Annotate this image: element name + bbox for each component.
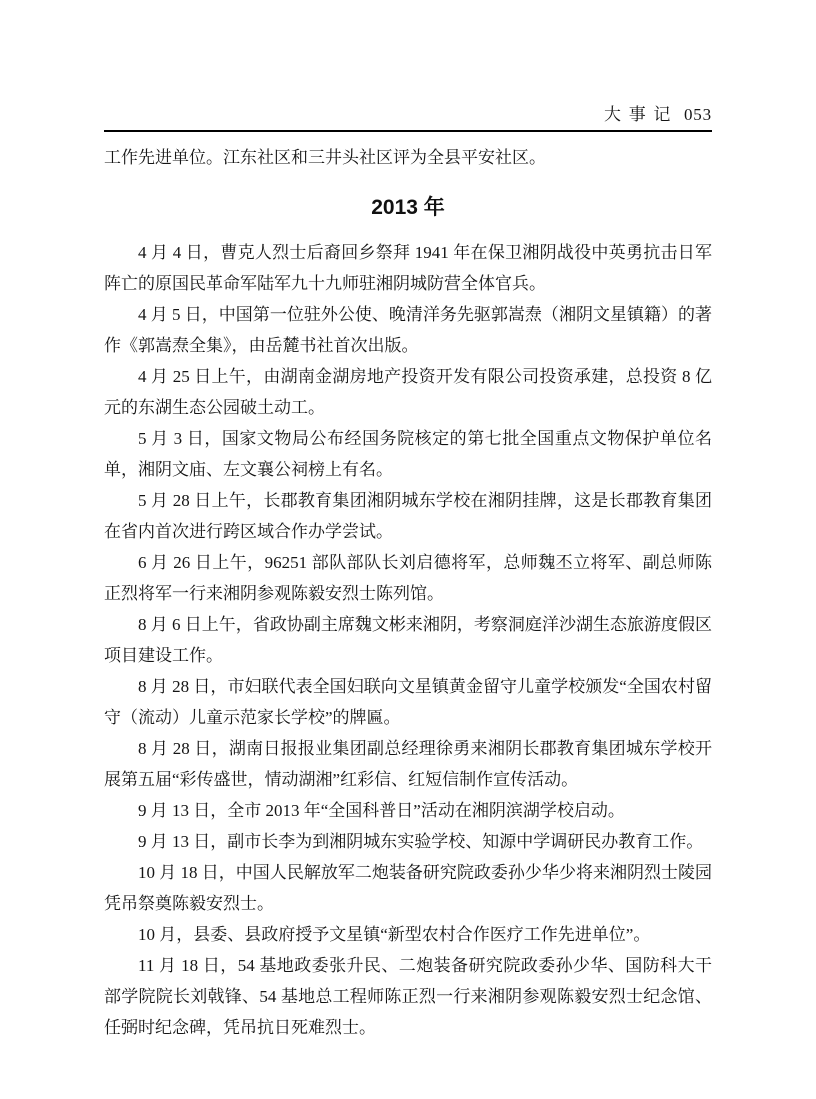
entry-date: 11 月 18 日， bbox=[138, 956, 238, 975]
header-title: 大事记 bbox=[604, 105, 678, 124]
chronicle-entry: 6 月 26 日上午，96251 部队部队长刘启德将军，总师魏丕立将军、副总师陈… bbox=[104, 547, 712, 609]
entry-date: 9 月 13 日， bbox=[138, 801, 227, 820]
intro-paragraph: 工作先进单位。江东社区和三井头社区评为全县平安社区。 bbox=[104, 142, 712, 173]
book-page: 大事记053 工作先进单位。江东社区和三井头社区评为全县平安社区。 2013 年… bbox=[104, 0, 712, 1043]
chronicle-entry: 4 月 25 日上午，由湖南金湖房地产投资开发有限公司投资承建，总投资 8 亿元… bbox=[104, 361, 712, 423]
entry-date: 10 月， bbox=[138, 925, 193, 944]
chronicle-entry: 4 月 4 日，曹克人烈士后裔回乡祭拜 1941 年在保卫湘阴战役中英勇抗击日军… bbox=[104, 237, 712, 299]
chronicle-entry: 8 月 28 日，市妇联代表全国妇联向文星镇黄金留守儿童学校颁发“全国农村留守（… bbox=[104, 671, 712, 733]
entry-date: 5 月 3 日， bbox=[138, 429, 222, 448]
chronicle-entry: 5 月 3 日，国家文物局公布经国务院核定的第七批全国重点文物保护单位名单，湘阴… bbox=[104, 423, 712, 485]
chronicle-entry: 4 月 5 日，中国第一位驻外公使、晚清洋务先驱郭嵩焘（湘阴文星镇籍）的著作《郭… bbox=[104, 299, 712, 361]
chronicle-entries: 4 月 4 日，曹克人烈士后裔回乡祭拜 1941 年在保卫湘阴战役中英勇抗击日军… bbox=[104, 237, 712, 1043]
entry-date: 8 月 28 日， bbox=[138, 677, 227, 696]
chronicle-entry: 8 月 28 日，湖南日报报业集团副总经理徐勇来湘阴长郡教育集团城东学校开展第五… bbox=[104, 733, 712, 795]
section-title-year: 2013 年 bbox=[104, 194, 712, 221]
running-header: 大事记053 bbox=[104, 104, 712, 132]
entry-date: 5 月 28 日上午， bbox=[138, 491, 263, 510]
chronicle-entry: 9 月 13 日，全市 2013 年“全国科普日”活动在湘阴滨湖学校启动。 bbox=[104, 795, 712, 826]
entry-text: 县委、县政府授予文星镇“新型农村合作医疗工作先进单位”。 bbox=[193, 925, 650, 944]
entry-text: 全市 2013 年“全国科普日”活动在湘阴滨湖学校启动。 bbox=[227, 801, 625, 820]
chronicle-entry: 11 月 18 日，54 基地政委张升民、二炮装备研究院政委孙少华、国防科大干部… bbox=[104, 950, 712, 1043]
chronicle-entry: 5 月 28 日上午，长郡教育集团湘阴城东学校在湘阴挂牌，这是长郡教育集团在省内… bbox=[104, 485, 712, 547]
chronicle-entry: 10 月，县委、县政府授予文星镇“新型农村合作医疗工作先进单位”。 bbox=[104, 919, 712, 950]
page-number: 053 bbox=[684, 105, 712, 124]
entry-date: 6 月 26 日上午， bbox=[138, 553, 265, 572]
chronicle-entry: 10 月 18 日，中国人民解放军二炮装备研究院政委孙少华少将来湘阴烈士陵园凭吊… bbox=[104, 857, 712, 919]
entry-date: 8 月 28 日， bbox=[138, 739, 229, 758]
entry-date: 8 月 6 日上午， bbox=[138, 615, 253, 634]
entry-date: 4 月 25 日上午， bbox=[138, 367, 263, 386]
entry-text: 副市长李为到湘阴城东实验学校、知源中学调研民办教育工作。 bbox=[227, 832, 703, 851]
entry-date: 4 月 4 日， bbox=[138, 243, 220, 262]
entry-date: 10 月 18 日， bbox=[138, 863, 236, 882]
chronicle-entry: 9 月 13 日，副市长李为到湘阴城东实验学校、知源中学调研民办教育工作。 bbox=[104, 826, 712, 857]
entry-date: 9 月 13 日， bbox=[138, 832, 227, 851]
chronicle-entry: 8 月 6 日上午，省政协副主席魏文彬来湘阴，考察洞庭洋沙湖生态旅游度假区项目建… bbox=[104, 609, 712, 671]
entry-date: 4 月 5 日， bbox=[138, 305, 219, 324]
